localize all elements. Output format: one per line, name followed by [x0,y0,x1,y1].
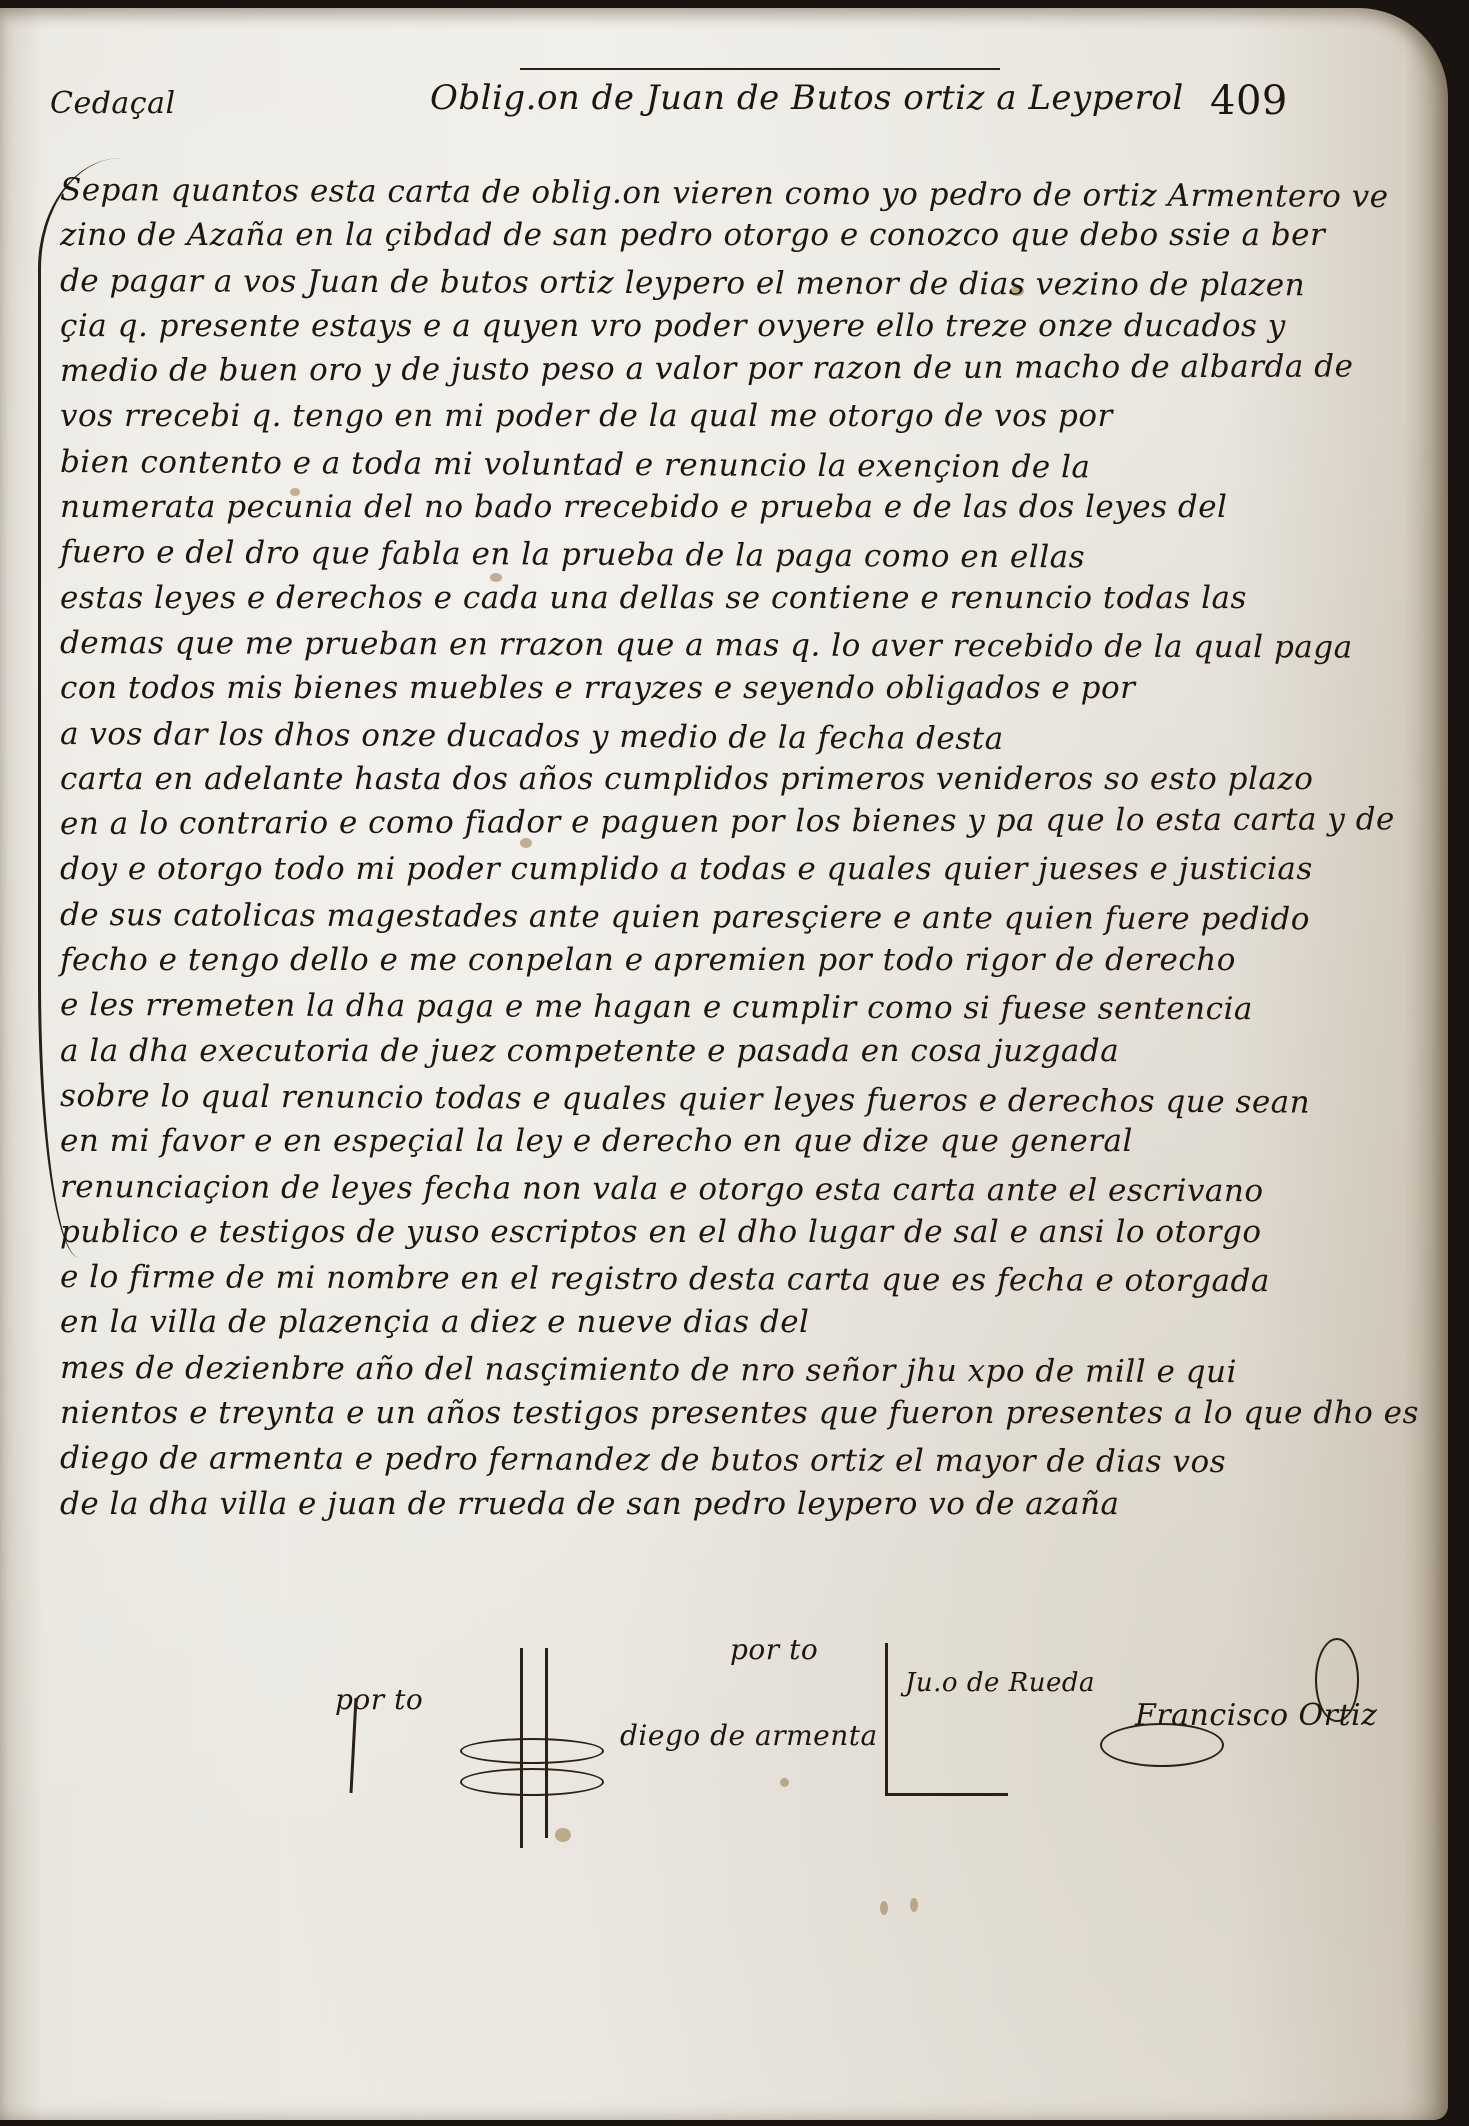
deed-body: Sepan quantos esta carta de oblig.on vie… [60,168,1410,1527]
text-line: carta en adelante hasta dos años cumplid… [60,757,1410,802]
ink-stain [880,1901,888,1915]
text-line: fecho e tengo dello e me conpelan e apre… [60,938,1410,983]
marginal-note: Cedaçal [50,86,176,121]
ink-stain [780,1778,789,1787]
header-rule [520,68,1000,70]
text-line: e lo firme de mi nombre en el registro d… [60,1255,1410,1305]
text-line: con todos mis bienes muebles e rrayzes e… [60,666,1410,711]
signature-rubric-loop [460,1738,604,1764]
text-line: renunciaçion de leyes fecha non vala e o… [60,1165,1410,1215]
manuscript-scan: Cedaçal Oblig.on de Juan de Butos ortiz … [0,0,1469,2126]
text-line: çia q. presente estays e a quyen vro pod… [60,304,1410,349]
folio-number: 409 [1210,78,1288,124]
text-line: doy e otorgo todo mi poder cumplido a to… [60,847,1410,892]
text-line: e les rremeten la dha paga e me hagan e … [60,983,1410,1033]
text-line: mes de dezienbre año del nasçimiento de … [60,1346,1410,1396]
signature-por-testigo-left: por to [335,1683,423,1716]
signature-diego-de-armenta: diego de armenta [620,1718,878,1754]
text-line: en la villa de plazençia a diez e nueve … [60,1300,1410,1345]
ink-stain [555,1828,571,1842]
text-line: numerata pecunia del no bado rrecebido e… [60,485,1410,530]
signature-box [885,1643,1008,1796]
text-line: zino de Azaña en la çibdad de san pedro … [60,213,1410,258]
text-line: publico e testigos de yuso escriptos en … [60,1210,1410,1255]
text-line: estas leyes e derechos e cada una dellas… [60,576,1410,621]
text-line: demas que me prueban en rrazon que a mas… [60,621,1410,671]
text-line: a la dha executoria de juez competente e… [60,1029,1410,1074]
text-line: en mi favor e en espeçial la ley e derec… [60,1119,1410,1164]
document-heading: Oblig.on de Juan de Butos ortiz a Leyper… [430,78,1184,118]
text-line: vos rrecebi q. tengo en mi poder de la q… [60,394,1410,439]
signature-rubric-loop [460,1768,604,1796]
text-line: nientos e treynta e un años testigos pre… [60,1391,1410,1436]
text-line: diego de armenta e pedro fernandez de bu… [60,1436,1410,1486]
signature-juan-de-rueda: Ju.o de Rueda [905,1668,1095,1698]
signature-francisco-ortiz: Francisco Ortiz [1135,1698,1377,1733]
text-line: medio de buen oro y de justo peso a valo… [60,344,1410,394]
ink-stain [910,1898,918,1912]
text-line: de sus catolicas magestades ante quien p… [60,893,1410,943]
text-line: en a lo contrario e como fiador e paguen… [60,797,1410,847]
signature-por-testigo-center: por to [730,1633,818,1666]
manuscript-page: Cedaçal Oblig.on de Juan de Butos ortiz … [0,8,1448,2120]
text-line: de pagar a vos Juan de butos ortiz leype… [60,259,1410,309]
text-line: de la dha villa e juan de rrueda de san … [60,1482,1410,1527]
